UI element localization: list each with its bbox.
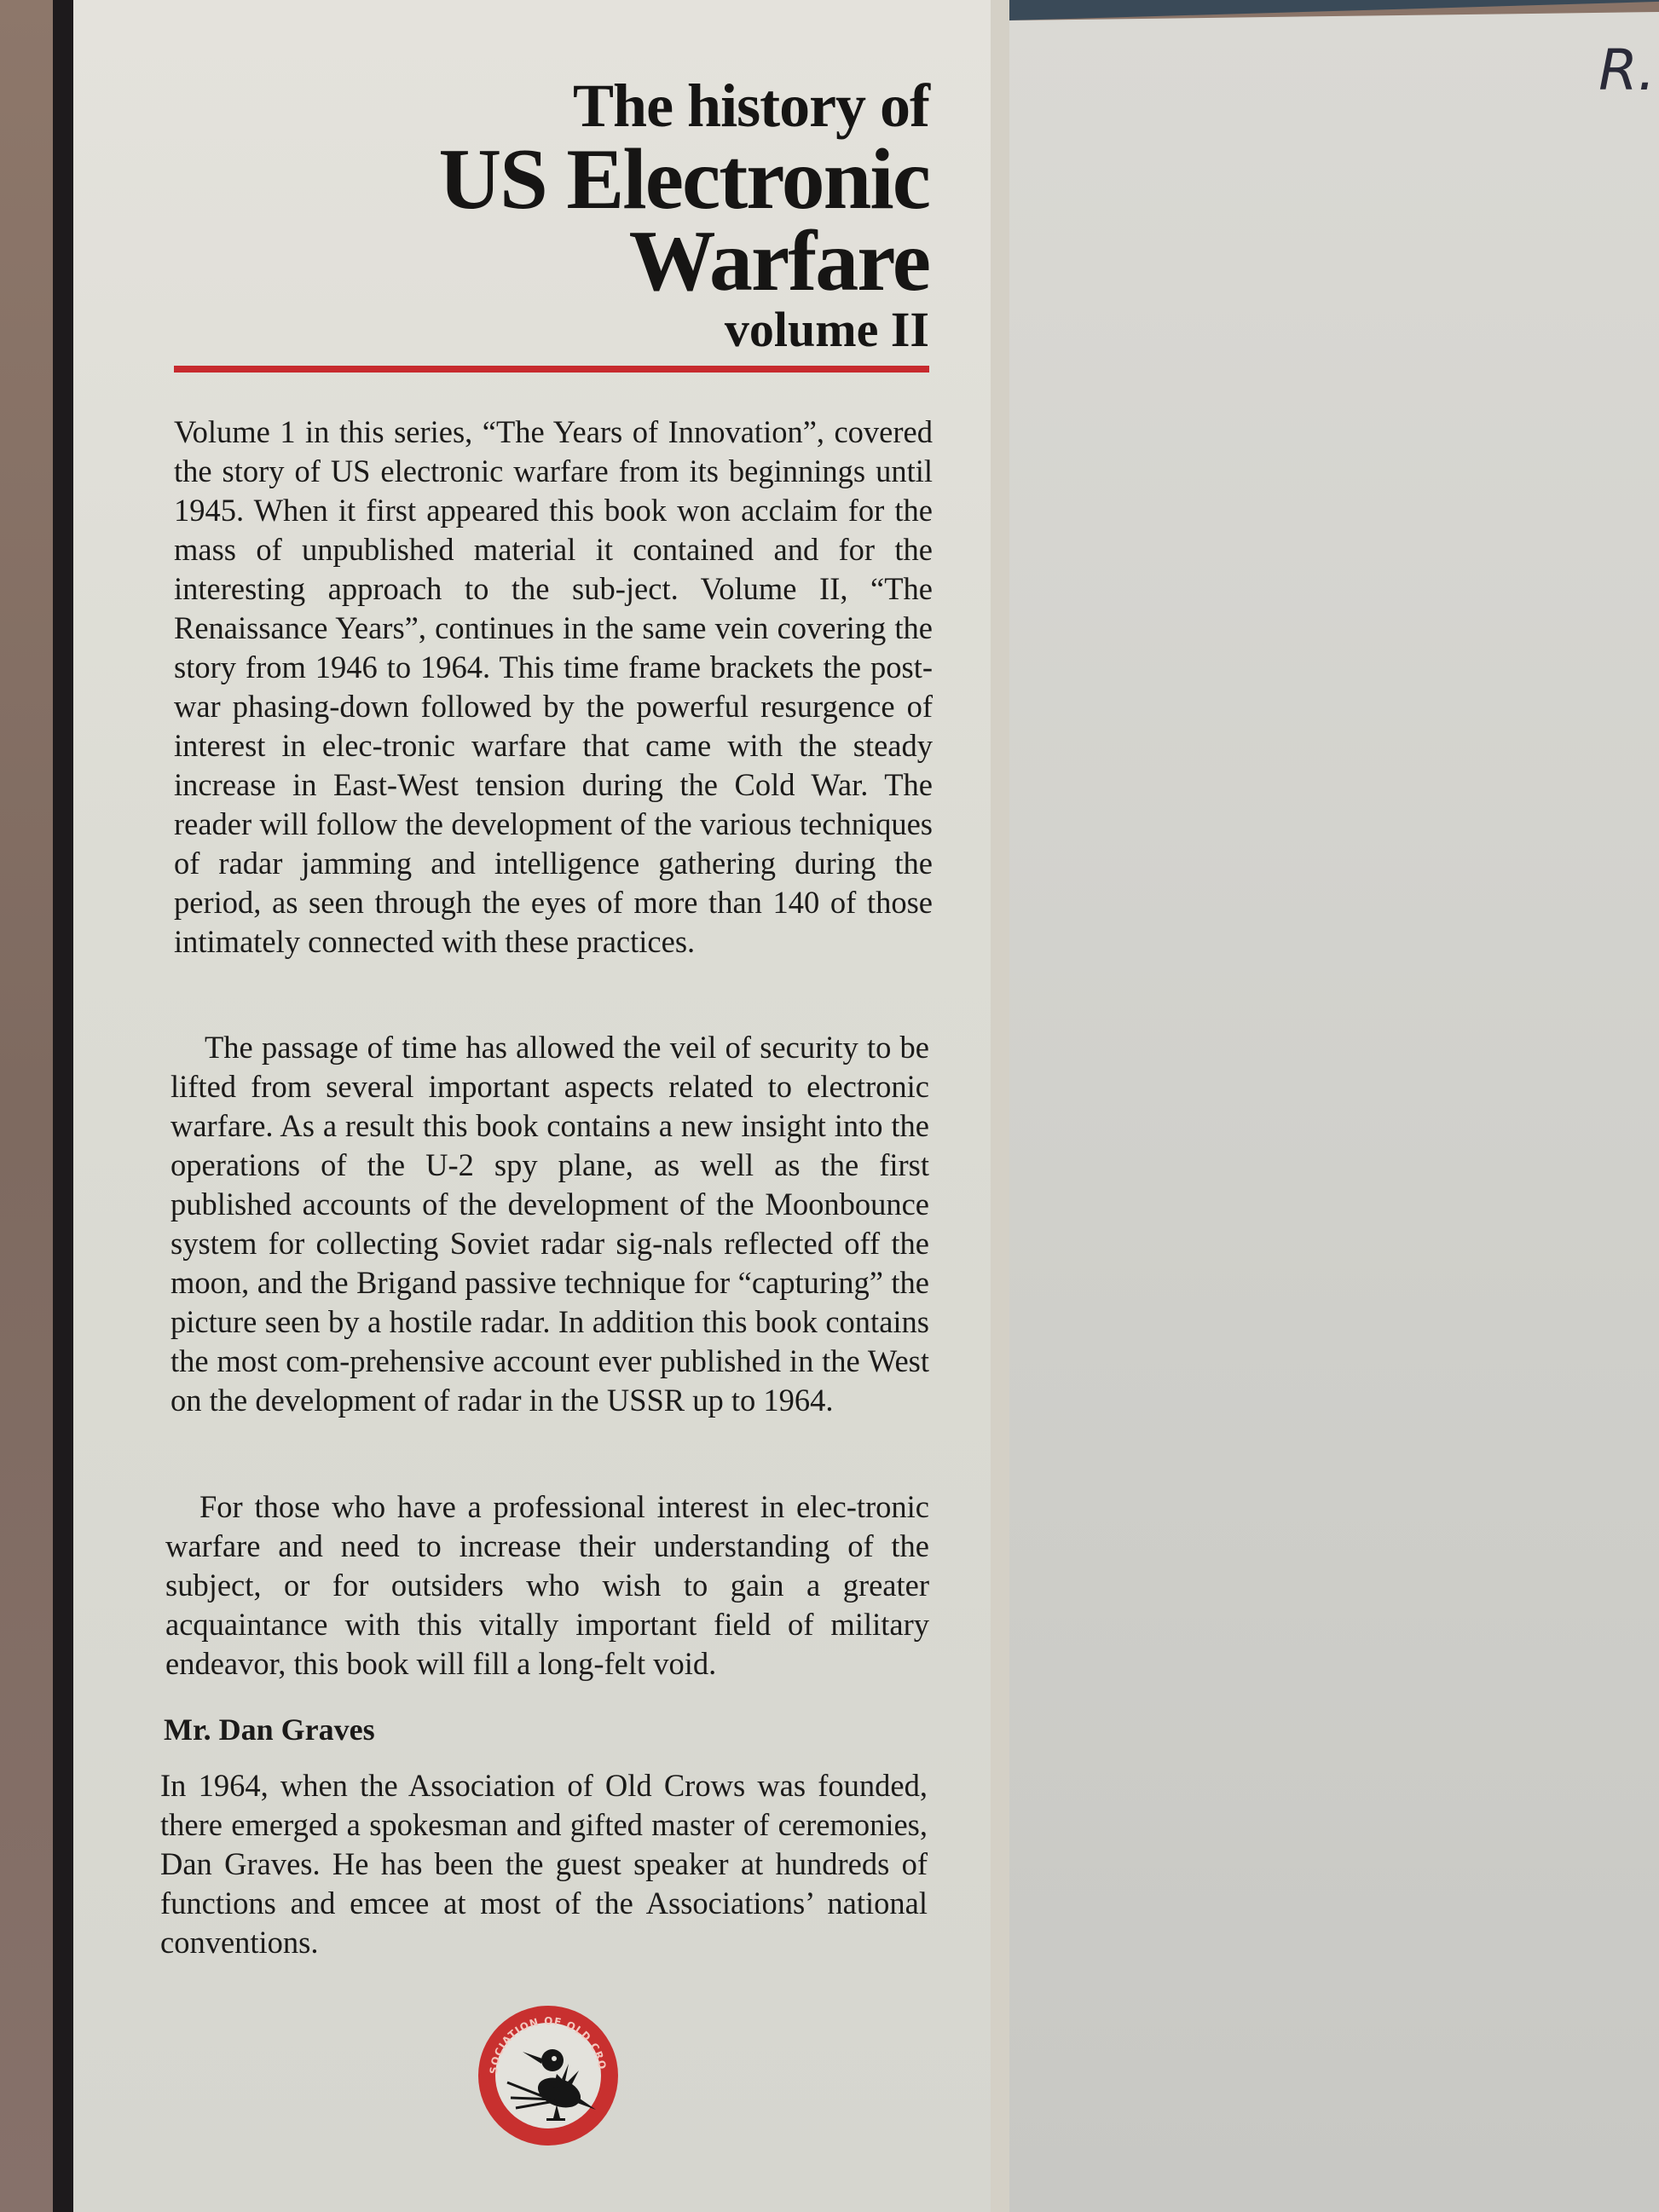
blurb-paragraph-1: Volume 1 in this series, “The Years of I…	[174, 413, 933, 962]
endpaper: R.	[1009, 12, 1659, 2212]
title-volume: volume II	[171, 305, 929, 355]
blurb-paragraph-2: The passage of time has allowed the veil…	[171, 1028, 929, 1420]
bio-heading: Mr. Dan Graves	[164, 1712, 375, 1747]
book-title: The history of US Electronic Warfare vol…	[171, 75, 929, 355]
title-line-2: US Electronic	[171, 136, 929, 223]
bio-paragraph: In 1964, when the Association of Old Cro…	[160, 1766, 928, 1962]
handwritten-mark: R.	[1598, 38, 1656, 103]
title-line-3: Warfare	[171, 218, 929, 305]
flap-fold-edge	[991, 0, 1009, 2212]
title-line-1: The history of	[171, 75, 929, 136]
blurb-paragraph-3: For those who have a professional intere…	[165, 1487, 929, 1684]
crow-emblem-icon: ASSOCIATION OF OLD CROWS	[471, 1999, 625, 2152]
red-divider-rule	[174, 366, 929, 373]
book-board-edge	[53, 0, 75, 2212]
